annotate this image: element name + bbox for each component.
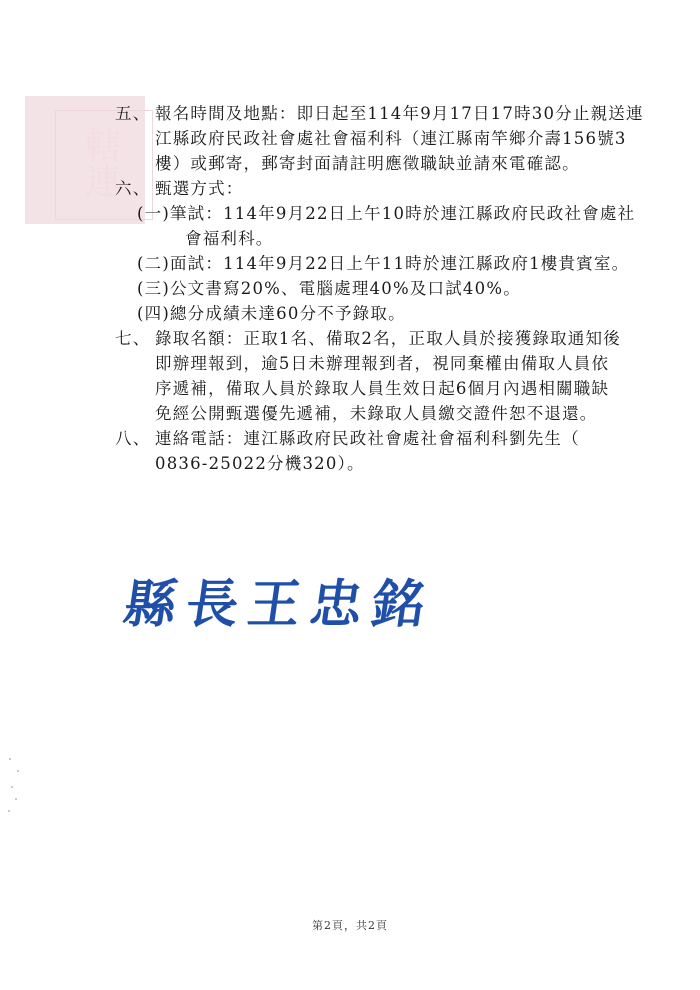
page-footer: 第2頁，共2頁 xyxy=(0,917,700,933)
magistrate-signature: 縣長王忠銘 xyxy=(120,562,441,637)
section-text: 甄選方式： xyxy=(155,179,244,198)
section-8: 八、連絡電話：連江縣政府民政社會處社會福利科劉先生（ 0836-25022分機3… xyxy=(115,426,675,476)
section-text: 免經公開甄選優先遞補，未錄取人員繳交證件恕不退還。 xyxy=(115,401,675,426)
subitem-label: (一) xyxy=(137,204,170,223)
subitem-label: (四) xyxy=(137,304,170,323)
section-text: 錄取名額：正取1名、備取2名，正取人員於接獲錄取通知後 xyxy=(155,329,621,348)
section-number: 七、 xyxy=(115,326,155,351)
subitem-label: (二) xyxy=(137,254,170,273)
section-text: 樓）或郵寄，郵寄封面請註明應徵職缺並請來電確認。 xyxy=(115,151,675,176)
section-text: 即辦理報到，逾5日未辦理報到者，視同棄權由備取人員依 xyxy=(115,351,675,376)
subitem-text: 筆試：114年9月22日上午10時於連江縣政府民政社會處社 xyxy=(170,204,635,223)
subitem-text: 會福利科。 xyxy=(115,226,675,251)
section-text: 0836-25022分機320）。 xyxy=(115,451,675,476)
section-number: 六、 xyxy=(115,176,155,201)
section-text: 序遞補，備取人員於錄取人員生效日起6個月內遇相關職缺 xyxy=(115,376,675,401)
scan-specks xyxy=(5,750,25,820)
section-7: 七、錄取名額：正取1名、備取2名，正取人員於接獲錄取通知後 即辦理報到，逾5日未… xyxy=(115,326,675,426)
subitem-text: 公文書寫20%、電腦處理40%及口試40%。 xyxy=(170,279,521,298)
subitem-label: (三) xyxy=(137,279,170,298)
document-body: 五、報名時間及地點：即日起至114年9月17日17時30分止親送連 江縣政府民政… xyxy=(115,101,675,476)
section-number: 八、 xyxy=(115,426,155,451)
section-number: 五、 xyxy=(115,101,155,126)
section-text: 連絡電話：連江縣政府民政社會處社會福利科劉先生（ xyxy=(155,429,580,448)
section-6: 六、甄選方式： (一)筆試：114年9月22日上午10時於連江縣政府民政社會處社… xyxy=(115,176,675,326)
subitem-text: 面試：114年9月22日上午11時於連江縣政府1樓貴賓室。 xyxy=(170,254,629,273)
section-5: 五、報名時間及地點：即日起至114年9月17日17時30分止親送連 江縣政府民政… xyxy=(115,101,675,176)
section-text: 報名時間及地點：即日起至114年9月17日17時30分止親送連 xyxy=(155,104,644,123)
subitem-text: 總分成績未達60分不予錄取。 xyxy=(170,304,406,323)
section-text: 江縣政府民政社會處社會福利科（連江縣南竿鄉介壽156號3 xyxy=(115,126,675,151)
